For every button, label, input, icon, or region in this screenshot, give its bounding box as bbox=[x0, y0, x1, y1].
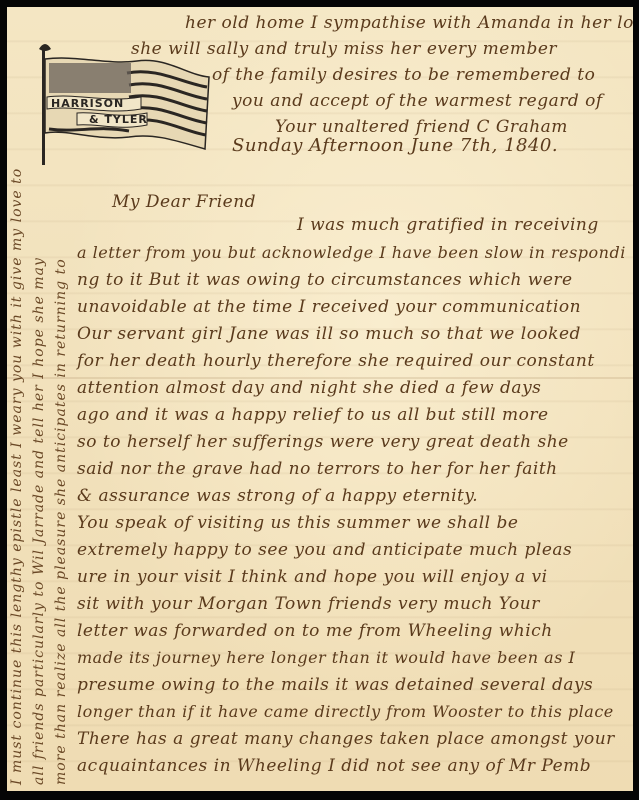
svg-text:& TYLER: & TYLER bbox=[89, 113, 148, 126]
letter-page: HARRISON & TYLER her old home I sympathi… bbox=[7, 7, 633, 791]
body-line: so to herself her sufferings were very g… bbox=[77, 432, 569, 452]
body-line: ure in your visit I think and hope you w… bbox=[77, 567, 548, 587]
body-line: presume owing to the mails it was detain… bbox=[77, 675, 593, 695]
signature: Your unaltered friend C Graham bbox=[275, 117, 568, 137]
postscript-line: of the family desires to be remembered t… bbox=[212, 65, 595, 85]
postscript-line: her old home I sympathise with Amanda in… bbox=[185, 13, 633, 33]
body-line: said nor the grave had no terrors to her… bbox=[77, 459, 558, 479]
date-line: Sunday Afternoon June 7th, 1840. bbox=[232, 135, 558, 156]
body-line: Our servant girl Jane was ill so much so… bbox=[77, 324, 581, 344]
salutation: My Dear Friend bbox=[112, 192, 256, 212]
body-line: attention almost day and night she died … bbox=[77, 378, 541, 398]
body-line: ago and it was a happy relief to us all … bbox=[77, 405, 549, 425]
postscript-line: you and accept of the warmest regard of bbox=[232, 91, 603, 111]
body-line: sit with your Morgan Town friends very m… bbox=[77, 594, 540, 614]
body-line: I was much gratified in receiving bbox=[297, 215, 599, 235]
body-line: unavoidable at the time I received your … bbox=[77, 297, 581, 317]
body-line: for her death hourly therefore she requi… bbox=[77, 351, 595, 371]
body-line: There has a great many changes taken pla… bbox=[77, 729, 615, 749]
margin-line: all friends particularly to Wil Jarrade … bbox=[31, 257, 47, 785]
body-line: extremely happy to see you and anticipat… bbox=[77, 540, 572, 560]
body-line: letter was forwarded on to me from Wheel… bbox=[77, 621, 553, 641]
body-line: You speak of visiting us this summer we … bbox=[77, 513, 518, 533]
margin-line: I must continue this lengthy epistle lea… bbox=[9, 168, 25, 785]
body-line: longer than if it have came directly fro… bbox=[77, 702, 614, 721]
body-line: & assurance was strong of a happy eterni… bbox=[77, 486, 478, 506]
body-line: acquaintances in Wheeling I did not see … bbox=[77, 756, 591, 776]
body-line: ng to it But it was owing to circumstanc… bbox=[77, 270, 573, 290]
body-line: a letter from you but acknowledge I have… bbox=[77, 243, 626, 262]
margin-line: more than realize all the pleasure she a… bbox=[53, 258, 69, 785]
postscript-line: she will sally and truly miss her every … bbox=[131, 39, 557, 59]
body-line: made its journey here longer than it wou… bbox=[77, 648, 575, 667]
svg-text:HARRISON: HARRISON bbox=[51, 97, 124, 110]
